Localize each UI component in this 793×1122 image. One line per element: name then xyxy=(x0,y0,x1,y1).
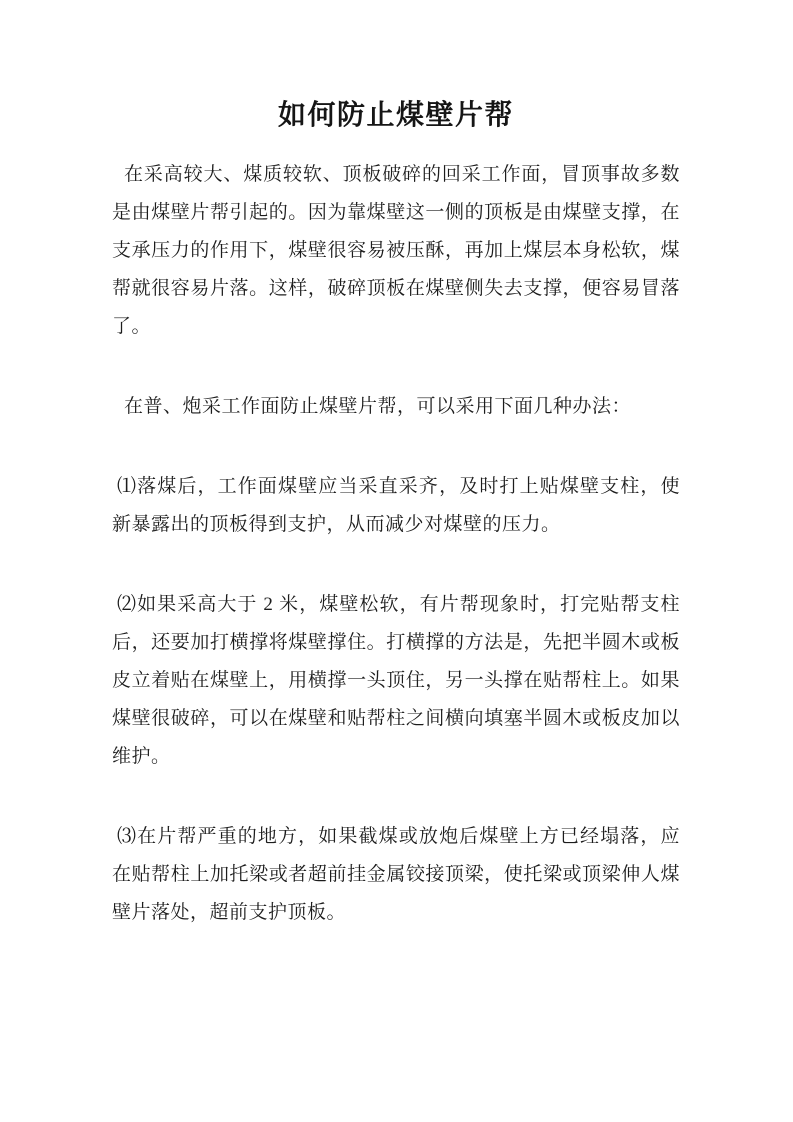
paragraph-intro: 在采高较大、煤质较软、顶板破碎的回采工作面，冒顶事故多数是由煤壁片帮引起的。因为… xyxy=(112,156,680,346)
paragraph-method-2: ⑵如果采高大于 2 米，煤壁松软，有片帮现象时，打完贴帮支柱后，还要加打横撑将煤… xyxy=(112,586,680,776)
paragraph-methods-intro: 在普、炮采工作面防止煤壁片帮，可以采用下面几种办法： xyxy=(112,388,680,426)
paragraph-method-1: ⑴落煤后，工作面煤壁应当采直采齐，及时打上贴煤壁支柱，使新暴露出的顶板得到支护，… xyxy=(112,468,680,544)
document-page: 如何防止煤壁片帮 在采高较大、煤质较软、顶板破碎的回采工作面，冒顶事故多数是由煤… xyxy=(0,0,793,1122)
paragraph-method-3: ⑶在片帮严重的地方，如果截煤或放炮后煤壁上方已经塌落，应在贴帮柱上加托梁或者超前… xyxy=(112,818,680,932)
document-title: 如何防止煤壁片帮 xyxy=(112,95,680,137)
